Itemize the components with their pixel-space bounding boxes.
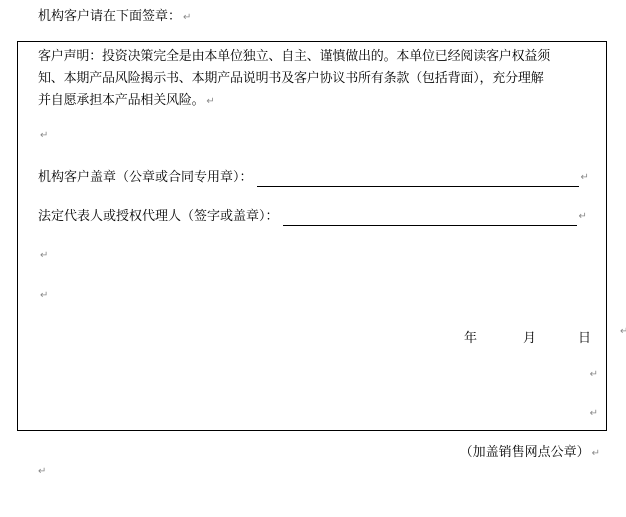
stamp-note-label: （加盖销售网点公章） bbox=[460, 445, 590, 460]
paragraph-mark-icon: ↵ bbox=[581, 169, 589, 187]
paragraph-mark-icon: ↵ bbox=[620, 326, 626, 337]
date-day-label: 日 bbox=[578, 327, 591, 346]
paragraph-mark-icon: ↵ bbox=[40, 250, 48, 261]
paragraph-mark-icon: ↵ bbox=[590, 369, 598, 380]
paragraph-mark-icon: ↵ bbox=[206, 96, 214, 107]
paragraph-mark-icon: ↵ bbox=[183, 12, 191, 23]
institution-seal-field[interactable] bbox=[257, 172, 579, 187]
paragraph-mark-icon: ↵ bbox=[590, 408, 598, 419]
stamp-note: （加盖销售网点公章）↵ bbox=[460, 444, 600, 462]
intro-text: 机构客户请在下面签章：↵ bbox=[38, 8, 191, 26]
paragraph-mark-icon: ↵ bbox=[592, 448, 600, 459]
paragraph-mark-icon: ↵ bbox=[40, 130, 48, 141]
legal-rep-signature-field[interactable] bbox=[283, 211, 577, 226]
declaration-line-3: 并自愿承担本产品相关风险。↵ bbox=[38, 90, 598, 113]
declaration-line-3-text: 并自愿承担本产品相关风险。 bbox=[38, 93, 204, 108]
legal-rep-row: 法定代表人或授权代理人（签字或盖章）： ↵ bbox=[38, 208, 587, 226]
date-month-label: 月 bbox=[523, 327, 536, 346]
declaration-line-1: 客户声明：投资决策完全是由本单位独立、自主、谨慎做出的。本单位已经阅读客户权益须 bbox=[38, 46, 598, 68]
paragraph-mark-icon: ↵ bbox=[40, 290, 48, 301]
date-year-label: 年 bbox=[464, 327, 477, 346]
institution-seal-label: 机构客户盖章（公章或合同专用章）： bbox=[38, 169, 253, 187]
intro-label: 机构客户请在下面签章： bbox=[38, 9, 181, 24]
paragraph-mark-icon: ↵ bbox=[579, 208, 587, 226]
customer-declaration: 客户声明：投资决策完全是由本单位独立、自主、谨慎做出的。本单位已经阅读客户权益须… bbox=[38, 46, 598, 113]
legal-rep-label: 法定代表人或授权代理人（签字或盖章）： bbox=[38, 208, 279, 226]
declaration-line-2: 知、本期产品风险揭示书、本期产品说明书及客户协议书所有条款（包括背面），充分理解 bbox=[38, 68, 598, 90]
institution-seal-row: 机构客户盖章（公章或合同专用章）： ↵ bbox=[38, 169, 589, 187]
declaration-box: 客户声明：投资决策完全是由本单位独立、自主、谨慎做出的。本单位已经阅读客户权益须… bbox=[17, 41, 607, 431]
paragraph-mark-icon: ↵ bbox=[38, 466, 46, 477]
